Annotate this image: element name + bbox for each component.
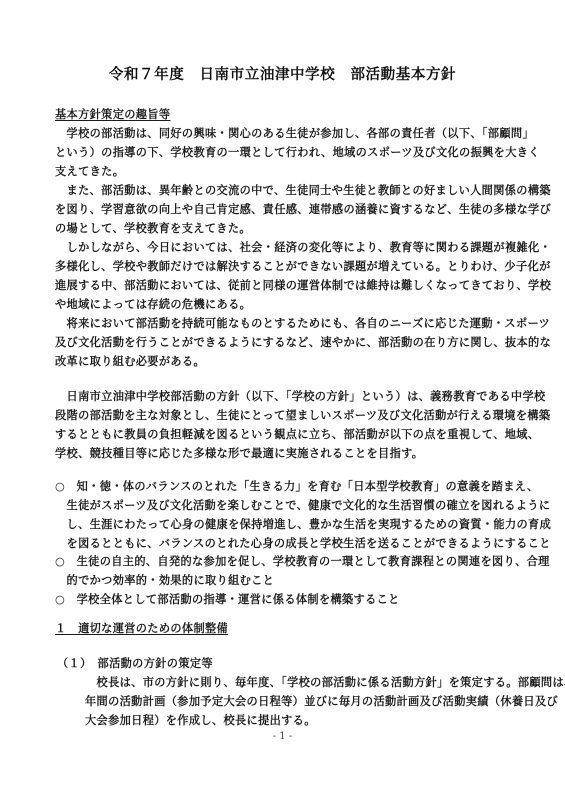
text-line: の場として、学校教育を支えてきた。 [55, 220, 251, 236]
text-line: するとともに教員の負担軽減を図るという観点に立ち、部活動が以下の点を重視して、地… [55, 426, 539, 442]
bullet-item: ○ 学校全体として部活動の指導・運営に係る体制を構築すること [55, 591, 400, 607]
subsection-heading: （１） 部活動の方針の策定等 [57, 655, 213, 671]
text-line: 進展する中、部活動においては、従前と同様の運営体制では維持は難しくなってきており… [55, 277, 551, 293]
text-line: しかしながら、今日においては、社会・経済の変化等により、教育等に関わる課題が複雑… [55, 239, 551, 255]
bullet-item-continued: し、生涯にわたって心身の健康を保持増進し、豊かな生活を実現するための資質・能力の… [55, 516, 551, 532]
text-line: 大会参加日程）を作成し、校長に提出する。 [85, 712, 316, 728]
text-line: 改革に取り組む必要がある。 [55, 353, 205, 369]
text-line: 段階の部活動を主な対象とし、生徒にとって望ましいスポーツ及び文化活動が行える環境… [55, 407, 550, 423]
text-line: 多様化し、学校や教師だけでは解決することができない課題が増えている。とりわけ、少… [55, 258, 551, 274]
bullet-item: ○ 知・徳・体のバランスのとれた「生きる力」を育む「日本型学校教育」の意義を踏ま… [55, 478, 539, 494]
text-line: 将来において部活動を持続可能なものとするためにも、各自のニーズに応じた運動・スポ… [55, 315, 550, 331]
chapter-heading: １ 適切な運営のための体制整備 [55, 620, 228, 636]
bullet-item-continued: を図るとともに、バランスのとれた心身の成長と学校生活を送ることができるようにする… [55, 535, 551, 551]
bullet-item: ○ 生徒の自主的、自発的な参加を促し、学校教育の一環として教育課程との関連を図り… [55, 553, 550, 569]
text-line: や地域によっては存続の危機にある。 [55, 296, 251, 312]
text-line: を図り、学習意欲の向上や自己肯定感、責任感、連帯感の涵養に資するなど、生徒の多様… [55, 201, 551, 217]
section-heading: 基本方針策定の趣旨等 [55, 106, 170, 122]
page-number: - 1 - [0, 731, 565, 742]
text-line: 校長は、市の方針に則り、毎年度、「学校の部活動に係る活動方針」を策定する。部顧問… [85, 674, 565, 690]
bullet-item-continued: 生徒がスポーツ及び文化活動を楽しむことで、健康で文化的な生活習慣の確立を図れるよ… [55, 497, 550, 513]
text-line: という）の指導の下、学校教育の一環として行われ、地域のスポーツ及び文化の振興を大… [55, 144, 540, 160]
text-line: 年間の活動計画（参加予定大会の日程等）並びに毎月の活動計画及び活動実績（休養日及… [85, 693, 558, 709]
text-line: また、部活動は、異年齢との交流の中で、生徒同士や生徒と教師との好ましい人間関係の… [55, 182, 551, 198]
text-line: 学校の部活動は、同好の興味・関心のある生徒が参加し、各部の責任者（以下、「部顧問… [55, 125, 534, 141]
bullet-item-continued: 的でかつ効率的・効果的に取り組むこと [55, 572, 274, 588]
text-line: 支えてきた。 [55, 163, 124, 179]
text-line: 学校、競技種目等に応じた多様な形で最適に実施されることを目指す。 [55, 445, 423, 461]
text-line: 日南市立油津中学校部活動の方針（以下、「学校の方針」という）は、義務教育である中… [55, 388, 546, 404]
text-line: 及び文化活動を行うことができるようにするなど、速やかに、部活動の在り方に関し、抜… [55, 334, 551, 350]
document-title: 令和７年度 日南市立油津中学校 部活動基本方針 [0, 63, 565, 84]
document-page: 令和７年度 日南市立油津中学校 部活動基本方針 基本方針策定の趣旨等 学校の部活… [0, 0, 565, 800]
